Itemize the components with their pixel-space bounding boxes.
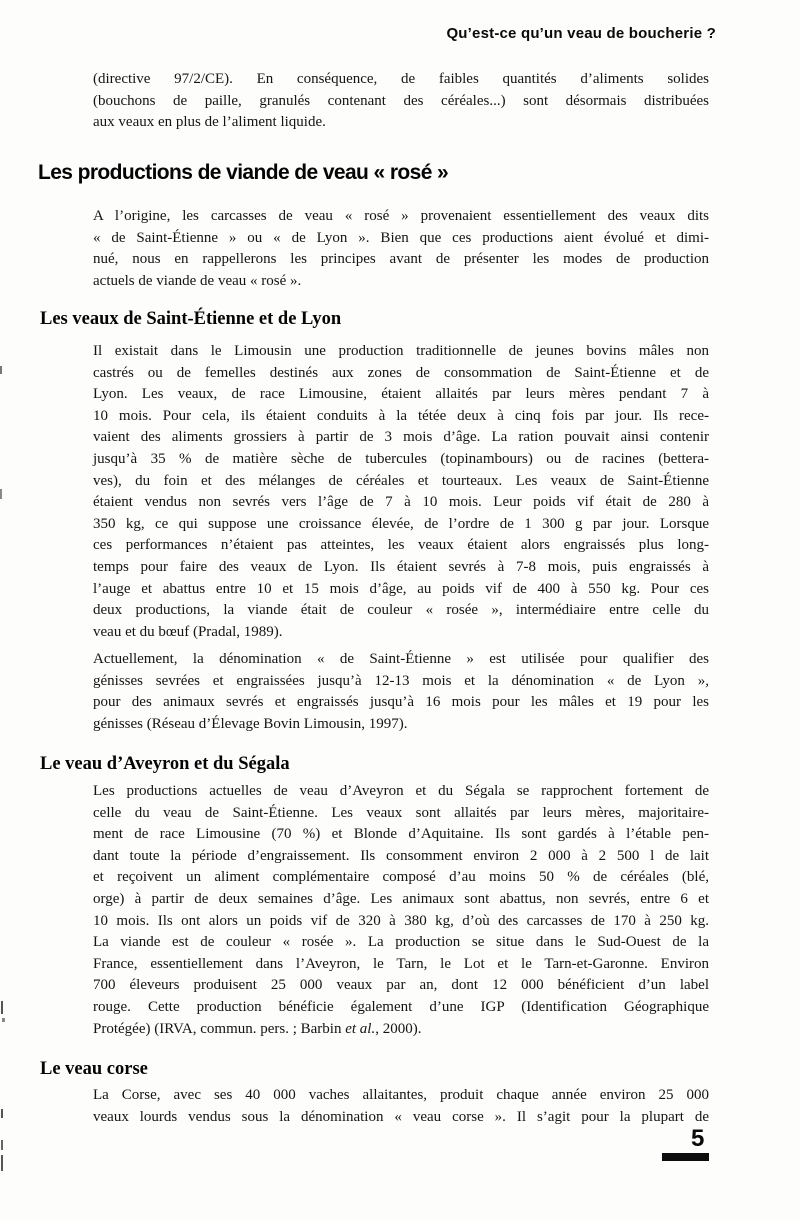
actuellement-paragraph: Actuellement, la dénomination « de Saint… xyxy=(93,649,709,735)
text-line: Lyon. Les veaux, de race Limousine, étai… xyxy=(93,384,709,406)
scan-artifact-mark xyxy=(0,489,2,499)
text-line: (bouchons de paille, granulés contenant … xyxy=(93,91,709,113)
text-line: vaient des aliments grossiers à partir d… xyxy=(93,427,709,449)
text-line: ces performances n’étaient pas atteintes… xyxy=(93,535,709,557)
text-line: dant toute la période d’engraissement. I… xyxy=(93,846,709,868)
text-line: génisses sevrées et engraissées jusqu’à … xyxy=(93,671,709,693)
text-line: ves), du foin et des mélanges de céréale… xyxy=(93,471,709,493)
scan-artifact-mark xyxy=(2,1018,5,1022)
text-line: ment de race Limousine (70 %) et Blonde … xyxy=(93,824,709,846)
text-line: pour des animaux sevrés et engraissés ju… xyxy=(93,692,709,714)
origin-paragraph: A l’origine, les carcasses de veau « ros… xyxy=(93,206,709,292)
scan-artifact-mark xyxy=(1,1155,3,1171)
text-line: deux productions, la viande était de cou… xyxy=(93,600,709,622)
aveyron-paragraph: Les productions actuelles de veau d’Avey… xyxy=(93,781,709,1040)
text-line: « de Saint-Étienne » ou « de Lyon ». Bie… xyxy=(93,228,709,250)
text-line: 700 éleveurs produisent 25 000 veaux par… xyxy=(93,975,709,997)
text-line: Les productions actuelles de veau d’Avey… xyxy=(93,781,709,803)
text-line: Protégée) (IRVA, commun. pers. ; Barbin … xyxy=(93,1019,709,1041)
scan-artifact-mark xyxy=(1,1109,3,1118)
text-line: 350 kg, ce qui suppose une croissance él… xyxy=(93,514,709,536)
text-line: et reçoivent un aliment complémentaire c… xyxy=(93,867,709,889)
text-line: l’auge et abattus entre 10 et 15 mois d’… xyxy=(93,579,709,601)
text-line: La viande est de couleur « rosée ». La p… xyxy=(93,932,709,954)
scan-artifact-mark xyxy=(1,1140,3,1150)
text-line: castrés ou de femelles destinés aux zone… xyxy=(93,363,709,385)
text-line: Actuellement, la dénomination « de Saint… xyxy=(93,649,709,671)
text-line: 10 mois. Pour cela, ils étaient conduits… xyxy=(93,406,709,428)
running-header: Qu’est-ce qu’un veau de boucherie ? xyxy=(446,25,716,42)
text-line: jusqu’à 35 % de matière sèche de tubercu… xyxy=(93,449,709,471)
text-line: étaient vendus non sevrés vers l’âge de … xyxy=(93,492,709,514)
subheading-aveyron-segala: Le veau d’Aveyron et du Ségala xyxy=(40,754,290,775)
text-line: A l’origine, les carcasses de veau « ros… xyxy=(93,206,709,228)
text-line: France, essentiellement dans l’Aveyron, … xyxy=(93,954,709,976)
book-page: Qu’est-ce qu’un veau de boucherie ? (dir… xyxy=(0,0,800,1221)
text-line: celle du veau de Saint-Étienne. Les veau… xyxy=(93,803,709,825)
corse-paragraph: La Corse, avec ses 40 000 vaches allaita… xyxy=(93,1085,709,1128)
text-line: 10 mois. Ils ont alors un poids vif de 3… xyxy=(93,911,709,933)
text-line: veau et du bœuf (Pradal, 1989). xyxy=(93,622,709,644)
text-line: (directive 97/2/CE). En conséquence, de … xyxy=(93,69,709,91)
text-line: rouge. Cette production bénéficie égalem… xyxy=(93,997,709,1019)
text-line: génisses (Réseau d’Élevage Bovin Limousi… xyxy=(93,714,709,736)
section-heading: Les productions de viande de veau « rosé… xyxy=(38,161,448,185)
text-line: veaux lourds vendus sous la dénomination… xyxy=(93,1107,709,1129)
text-line: actuels de viande de veau « rosé ». xyxy=(93,271,709,293)
page-number-rule xyxy=(662,1153,709,1161)
text-line: aux veaux en plus de l’aliment liquide. xyxy=(93,112,709,134)
text-line: Il existait dans le Limousin une product… xyxy=(93,341,709,363)
text-line: nué, nous en rappellerons les principes … xyxy=(93,249,709,271)
page-number: 5 xyxy=(691,1125,704,1153)
subheading-corse: Le veau corse xyxy=(40,1059,148,1080)
text-line: temps pour faire des veaux de Lyon. Ils … xyxy=(93,557,709,579)
saint-etienne-paragraph: Il existait dans le Limousin une product… xyxy=(93,341,709,643)
scan-artifact-mark xyxy=(0,366,2,374)
intro-paragraph: (directive 97/2/CE). En conséquence, de … xyxy=(93,69,709,134)
scan-artifact-mark xyxy=(1,1001,3,1014)
text-line: La Corse, avec ses 40 000 vaches allaita… xyxy=(93,1085,709,1107)
subheading-saint-etienne-lyon: Les veaux de Saint-Étienne et de Lyon xyxy=(40,309,341,330)
text-line: orge) à partir de deux semaines d’âge. L… xyxy=(93,889,709,911)
